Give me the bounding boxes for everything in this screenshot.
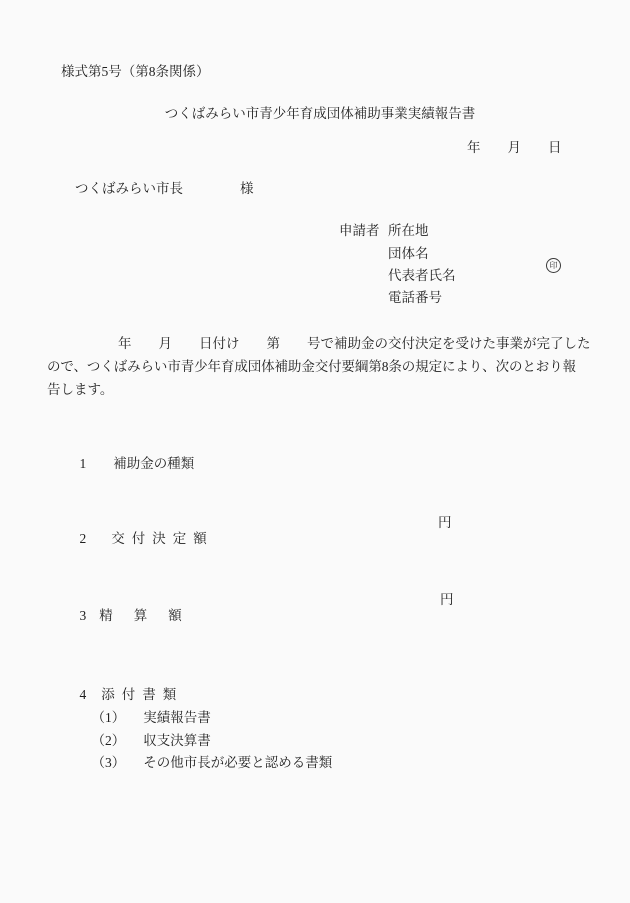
addressee-honorific: 様 [240,181,254,197]
form-number: 様式第5号（第8条関係） [61,64,210,80]
applicant-organization-label: 団体名 [388,246,429,262]
yen-unit: 円 [438,511,452,531]
item-number: 3 [80,608,87,624]
item-grant-decision-amount: 2交付決定額 円 [66,511,214,579]
applicant-label: 申請者 [339,223,380,239]
item-label: 交付決定額 [111,531,214,546]
yen-unit: 円 [440,588,454,608]
attachment-row: （3）その他市長が必要と認める書類 [78,735,332,787]
body-paragraph-line-1: 年 月 日付け 第 号で補助金の交付決定を受けた事業が完了した [47,336,630,352]
document-title: つくばみらい市青少年育成団体補助事業実績報告書 [0,106,630,122]
applicant-address-label: 所在地 [388,223,429,239]
seal-icon: 印 [546,258,561,273]
attachment-number: （3） [92,755,126,770]
item-settlement-amount: 3精算額 円 [66,588,203,656]
item-subsidy-type: 1補助金の種類 [66,436,194,488]
item-number: 1 [80,456,87,472]
body-paragraph-line-3: 告します。 [47,382,113,398]
seal-character: 印 [550,262,558,270]
applicant-representative-label: 代表者氏名 [388,268,456,284]
item-label: 精算額 [99,608,203,623]
item-number: 2 [80,531,87,547]
document-page: 様式第5号（第8条関係） つくばみらい市青少年育成団体補助事業実績報告書 年 月… [0,0,630,903]
applicant-phone-label: 電話番号 [388,290,442,306]
date-line: 年 月 日 [467,140,562,156]
attachment-label: その他市長が必要と認める書類 [143,755,332,770]
addressee-name: つくばみらい市長 [75,181,183,197]
item-label: 補助金の種類 [113,456,194,471]
body-paragraph-line-2: ので、つくばみらい市青少年育成団体補助金交付要綱第8条の規定により、次のとおり報 [47,359,592,375]
